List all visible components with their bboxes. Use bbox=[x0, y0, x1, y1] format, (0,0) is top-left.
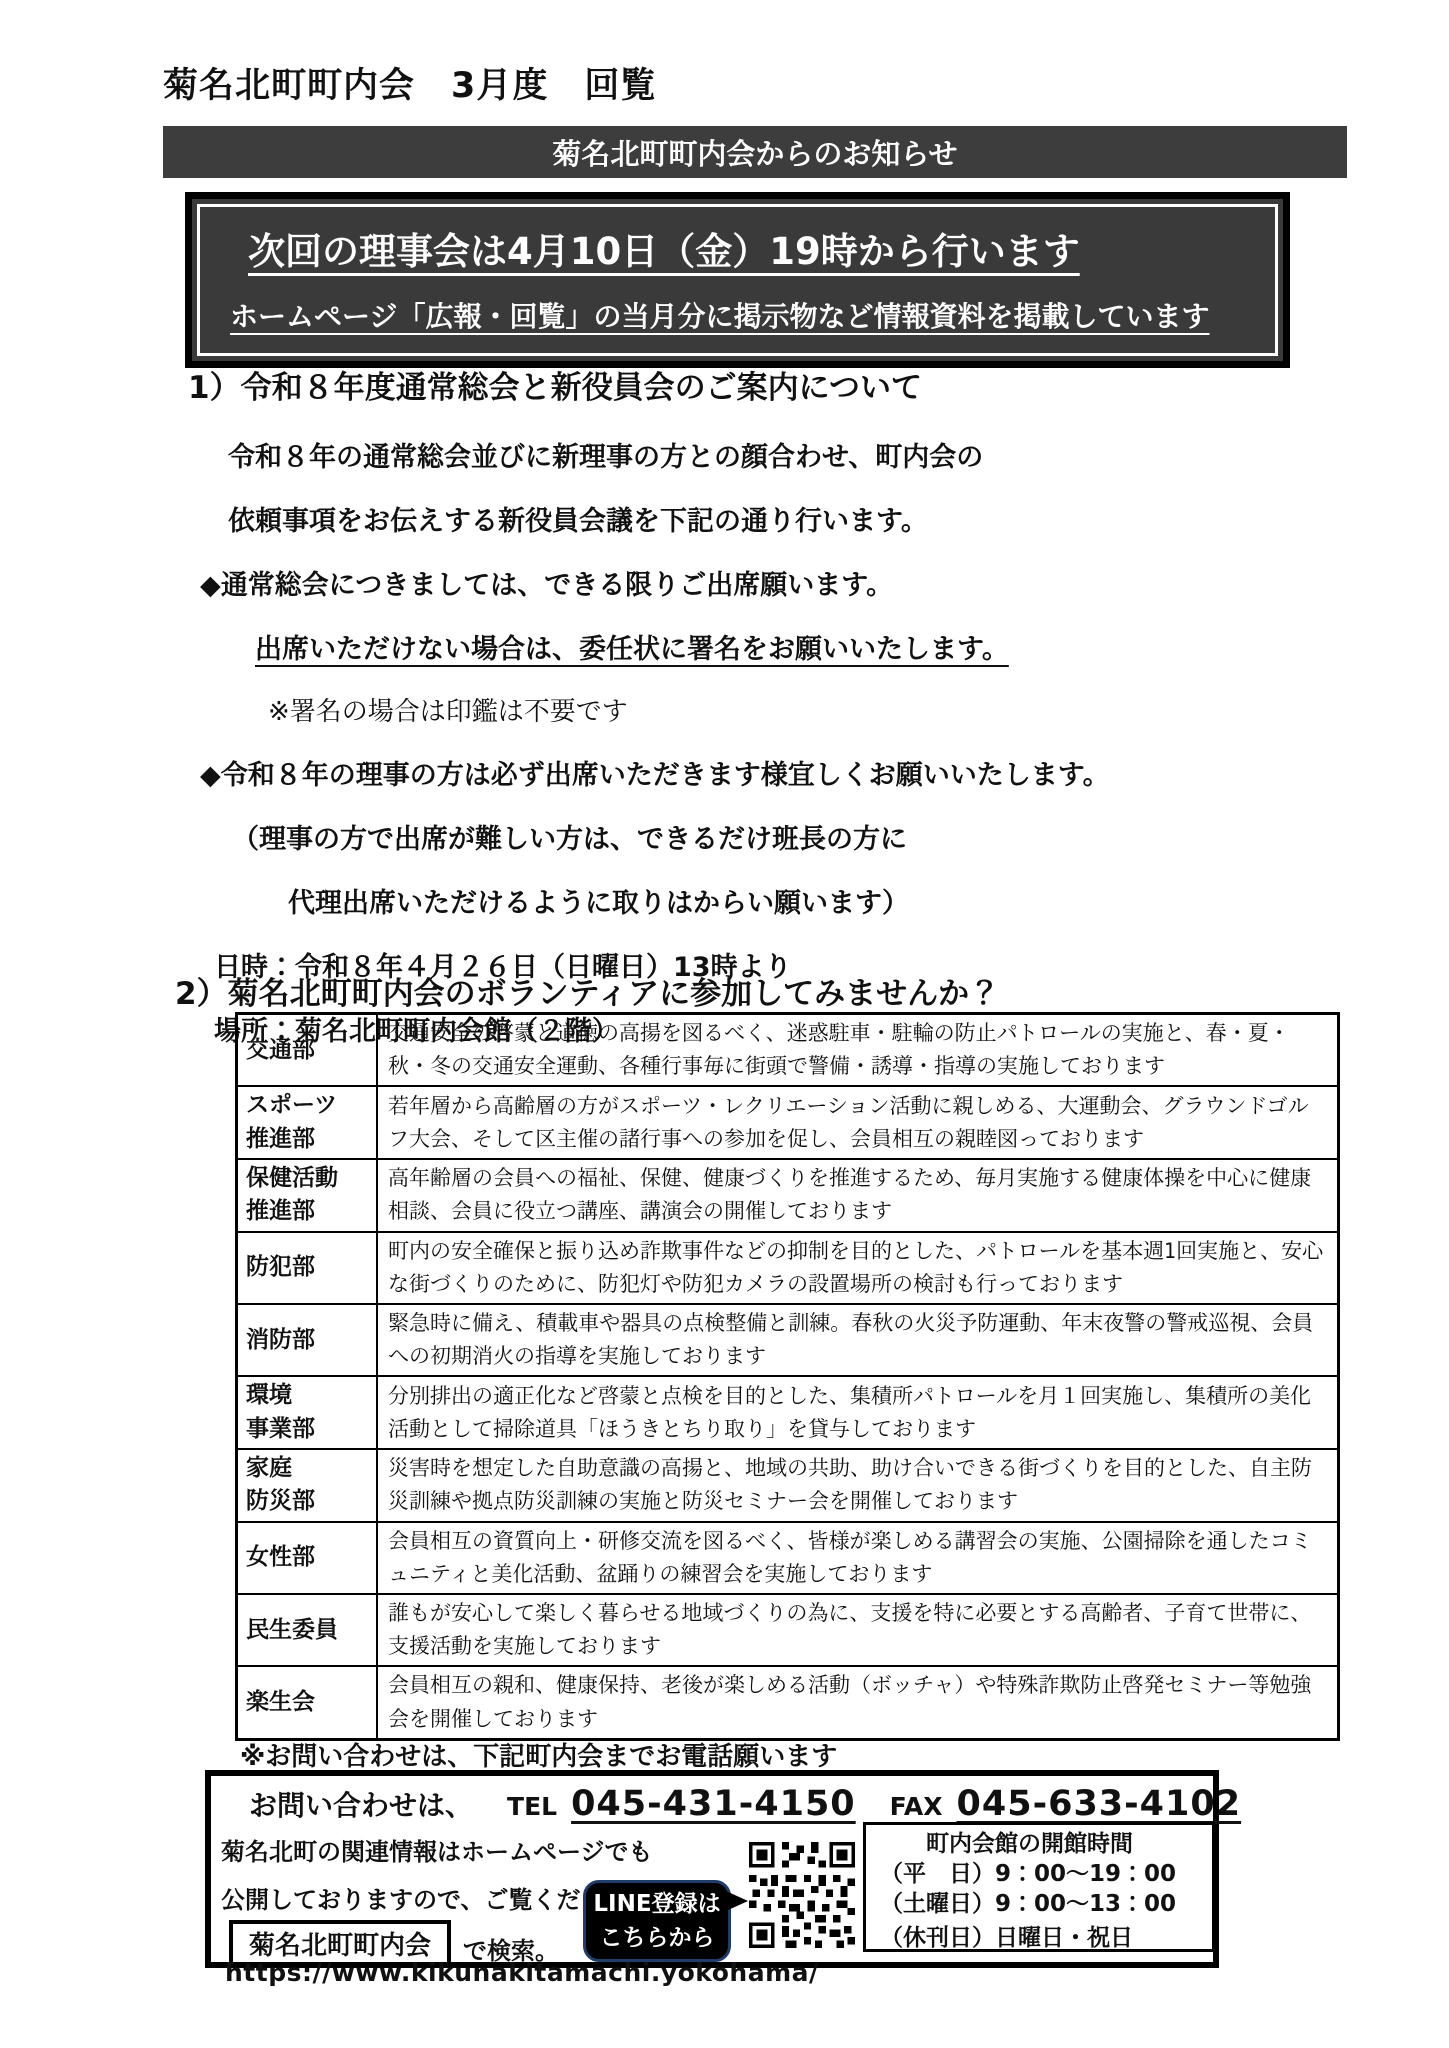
line-registration-bubble: LINE登録は こちらから bbox=[583, 1880, 731, 1962]
table-row-label: スポーツ 推進部 bbox=[237, 1086, 378, 1159]
table-row: 楽生会 会員相互の親和、健康保持、老後が楽しめる活動（ボッチャ）や特殊詐欺防止啓… bbox=[237, 1666, 1339, 1739]
table-row-desc: 誰もが安心して楽しく暮らせる地域づくりの為に、支援を特に必要とする高齢者、子育て… bbox=[377, 1594, 1339, 1666]
section-1-paragraph-line2: 依頼事項をお伝えする新役員会議を下記の通り行います。 bbox=[0, 499, 1449, 538]
opening-hours-closed: （休刊日）日曜日・祝日 bbox=[880, 1923, 1212, 1953]
contact-box: お問い合わせは、 TEL 045-431-4150 FAX 045-633-41… bbox=[205, 1770, 1219, 1968]
table-row: 環境 事業部 分別排出の適正化など啓蒙と点検を目的とした、集積所パトロールを月１… bbox=[237, 1376, 1339, 1449]
section-1-bullet2-sub2: 代理出席いただけるように取りはからい願います） bbox=[0, 881, 1449, 920]
table-row: 防犯部 町内の安全確保と振り込め詐欺事件などの抑制を目的とした、パトロールを基本… bbox=[237, 1232, 1339, 1304]
table-row-label: 楽生会 bbox=[237, 1666, 378, 1739]
tel-label: TEL bbox=[507, 1792, 557, 1821]
section-1-paragraph-line1: 令和８年の通常総会並びに新理事の方との顔合わせ、町内会の bbox=[0, 435, 1449, 474]
line-bubble-line1: LINE登録は bbox=[586, 1887, 728, 1921]
section-1-bullet1: ◆通常総会につきましては、できる限りご出席願います。 bbox=[0, 563, 1449, 602]
section-1-note: ※署名の場合は印鑑は不要です bbox=[0, 691, 1449, 728]
page-title: 菊名北町町内会 3月度 回覧 bbox=[163, 58, 656, 108]
section-1-bullet2: ◆令和８年の理事の方は必ず出席いただきます様宜しくお願いいたします。 bbox=[0, 753, 1449, 792]
contact-label: お問い合わせは、 bbox=[249, 1784, 473, 1824]
table-row-desc: 緊急時に備え、積載車や器具の点検整備と訓練。春秋の火災予防運動、年末夜警の警戒巡… bbox=[377, 1304, 1339, 1376]
announcement-box: 次回の理事会は4月10日（金）19時から行います ホームページ「広報・回覧」の当… bbox=[185, 192, 1290, 368]
table-row: 保健活動 推進部 高年齢層の会員への福祉、保健、健康づくりを推進するため、毎月実… bbox=[237, 1159, 1339, 1232]
table-row: 女性部 会員相互の資質向上・研修交流を図るべく、皆様が楽しめる講習会の実施、公園… bbox=[237, 1522, 1339, 1594]
section-1: 1）令和８年度通常総会と新役員会のご案内について 令和８年の通常総会並びに新理事… bbox=[0, 362, 1449, 1073]
table-row-desc: 分別排出の適正化など啓蒙と点検を目的とした、集積所パトロールを月１回実施し、集積… bbox=[377, 1376, 1339, 1449]
table-row-label: 交通部 bbox=[237, 1014, 378, 1087]
opening-hours-saturday: （土曜日）9：00～13：00 bbox=[880, 1889, 1212, 1919]
announcement-line1: 次回の理事会は4月10日（金）19時から行います bbox=[248, 221, 1265, 275]
volunteer-table: 交通部 交通安全の啓蒙と道徳の高揚を図るべく、迷惑駐車・駐輪の防止パトロールの実… bbox=[235, 1012, 1340, 1741]
qr-code-icon bbox=[749, 1842, 855, 1948]
table-row-desc: 災害時を想定した自助意識の高揚と、地域の共助、助け合いできる街づくりを目的とした… bbox=[377, 1449, 1339, 1522]
table-row-desc: 若年層から高齢層の方がスポーツ・レクリエーション活動に親しめる、大運動会、グラウ… bbox=[377, 1086, 1339, 1159]
table-row-desc: 町内の安全確保と振り込め詐欺事件などの抑制を目的とした、パトロールを基本週1回実… bbox=[377, 1232, 1339, 1304]
fax-label: FAX bbox=[890, 1792, 943, 1821]
table-row-label: 民生委員 bbox=[237, 1594, 378, 1666]
tel-number: 045-431-4150 bbox=[571, 1784, 856, 1824]
table-row-desc: 高年齢層の会員への福祉、保健、健康づくりを推進するため、毎月実施する健康体操を中… bbox=[377, 1159, 1339, 1232]
opening-hours-weekday: （平 日）9：00～19：00 bbox=[880, 1859, 1212, 1889]
table-row: 消防部 緊急時に備え、積載車や器具の点検整備と訓練。春秋の火災予防運動、年末夜警… bbox=[237, 1304, 1339, 1376]
section-1-heading: 1）令和８年度通常総会と新役員会のご案内について bbox=[0, 362, 1449, 407]
announcement-box-inner: 次回の理事会は4月10日（金）19時から行います ホームページ「広報・回覧」の当… bbox=[197, 204, 1278, 356]
opening-hours-box: 町内会館の開館時間 （平 日）9：00～19：00 （土曜日）9：00～13：0… bbox=[863, 1822, 1215, 1952]
table-row: スポーツ 推進部 若年層から高齢層の方がスポーツ・レクリエーション活動に親しめる… bbox=[237, 1086, 1339, 1159]
table-row-label: 女性部 bbox=[237, 1522, 378, 1594]
bubble-tail bbox=[726, 1891, 748, 1911]
table-row-label: 防犯部 bbox=[237, 1232, 378, 1304]
section-1-bullet1-sub: 出席いただけない場合は、委任状に署名をお願いいたします。 bbox=[0, 627, 1449, 666]
contact-body: 菊名北町の関連情報はホームページでも 公開しておりますので、ご覧ください。 菊名… bbox=[221, 1828, 1203, 1968]
table-row-label: 消防部 bbox=[237, 1304, 378, 1376]
table-row-desc: 会員相互の親和、健康保持、老後が楽しめる活動（ボッチャ）や特殊詐欺防止啓発セミナ… bbox=[377, 1666, 1339, 1739]
fax-number: 045-633-4102 bbox=[957, 1784, 1242, 1824]
table-row-desc: 交通安全の啓蒙と道徳の高揚を図るべく、迷惑駐車・駐輪の防止パトロールの実施と、春… bbox=[377, 1014, 1339, 1087]
table-row-label: 環境 事業部 bbox=[237, 1376, 378, 1449]
table-row-label: 保健活動 推進部 bbox=[237, 1159, 378, 1232]
section-1-bullet2-sub1: （理事の方で出席が難しい方は、できるだけ班長の方に bbox=[0, 817, 1449, 856]
homepage-url: https://www.kikunakitamachi.yokohama/ bbox=[225, 1958, 819, 1987]
opening-hours-title: 町内会館の開館時間 bbox=[880, 1829, 1212, 1859]
announcement-line2: ホームページ「広報・回覧」の当月分に掲示物など情報資料を掲載しています bbox=[230, 295, 1265, 335]
line-bubble-line2: こちらから bbox=[586, 1921, 728, 1955]
table-footnote: ※お問い合わせは、下記町内会までお電話願います bbox=[240, 1736, 837, 1773]
section-2-heading: 2）菊名北町町内会のボランティアに参加してみませんか？ bbox=[175, 968, 1000, 1013]
homepage-info-line1: 菊名北町の関連情報はホームページでも bbox=[221, 1828, 653, 1876]
contact-header-row: お問い合わせは、 TEL 045-431-4150 FAX 045-633-41… bbox=[221, 1784, 1203, 1824]
circular-document: 菊名北町町内会 3月度 回覧 菊名北町町内会からのお知らせ 次回の理事会は4月1… bbox=[0, 0, 1449, 2048]
table-row-label: 家庭 防災部 bbox=[237, 1449, 378, 1522]
notice-bar: 菊名北町町内会からのお知らせ bbox=[163, 126, 1347, 178]
notice-bar-text: 菊名北町町内会からのお知らせ bbox=[552, 132, 957, 173]
table-row: 交通部 交通安全の啓蒙と道徳の高揚を図るべく、迷惑駐車・駐輪の防止パトロールの実… bbox=[237, 1014, 1339, 1087]
table-row-desc: 会員相互の資質向上・研修交流を図るべく、皆様が楽しめる講習会の実施、公園掃除を通… bbox=[377, 1522, 1339, 1594]
table-row: 民生委員 誰もが安心して楽しく暮らせる地域づくりの為に、支援を特に必要とする高齢… bbox=[237, 1594, 1339, 1666]
table-row: 家庭 防災部 災害時を想定した自助意識の高揚と、地域の共助、助け合いできる街づく… bbox=[237, 1449, 1339, 1522]
